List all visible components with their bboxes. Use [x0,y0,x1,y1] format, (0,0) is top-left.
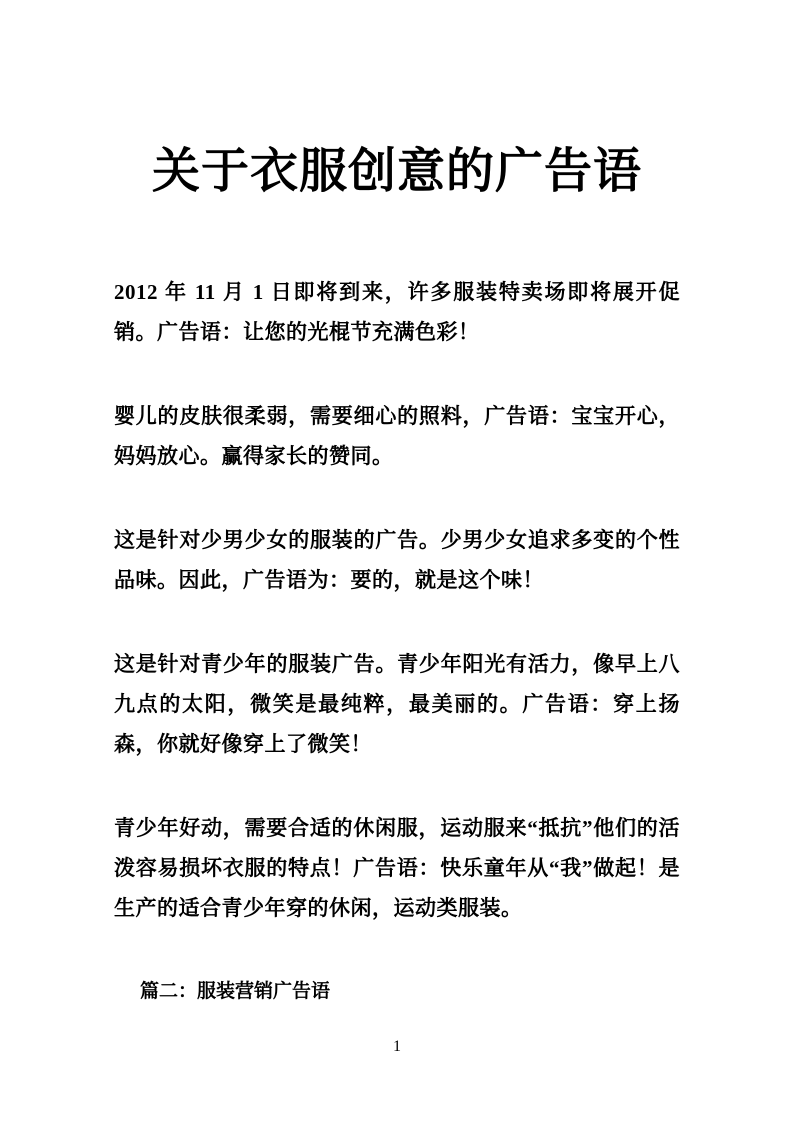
document-body: 2012 年 11 月 1 日即将到来，许多服装特卖场即将展开促销。广告语：让您… [114,272,680,1012]
paragraph-3: 这是针对少男少女的服装的广告。少男少女追求多变的个性品味。因此，广告语为：要的，… [114,520,680,600]
page-number: 1 [393,1038,401,1055]
document-page: 关于衣服创意的广告语 2012 年 11 月 1 日即将到来，许多服装特卖场即将… [0,0,794,1123]
subheading-part-two: 篇二：服装营销广告语 [114,972,680,1012]
paragraph-4: 这是针对青少年的服装广告。青少年阳光有活力，像早上八九点的太阳，微笑是最纯粹，最… [114,644,680,764]
paragraph-2: 婴儿的皮肤很柔弱，需要细心的照料，广告语：宝宝开心，妈妈放心。赢得家长的赞同。 [114,396,680,476]
paragraph-5: 青少年好动，需要合适的休闲服，运动服来“抵抗”他们的活泼容易损坏衣服的特点！广告… [114,808,680,928]
paragraph-1: 2012 年 11 月 1 日即将到来，许多服装特卖场即将展开促销。广告语：让您… [114,272,680,352]
page-footer: 1 [0,1036,794,1058]
document-title: 关于衣服创意的广告语 [114,136,680,208]
